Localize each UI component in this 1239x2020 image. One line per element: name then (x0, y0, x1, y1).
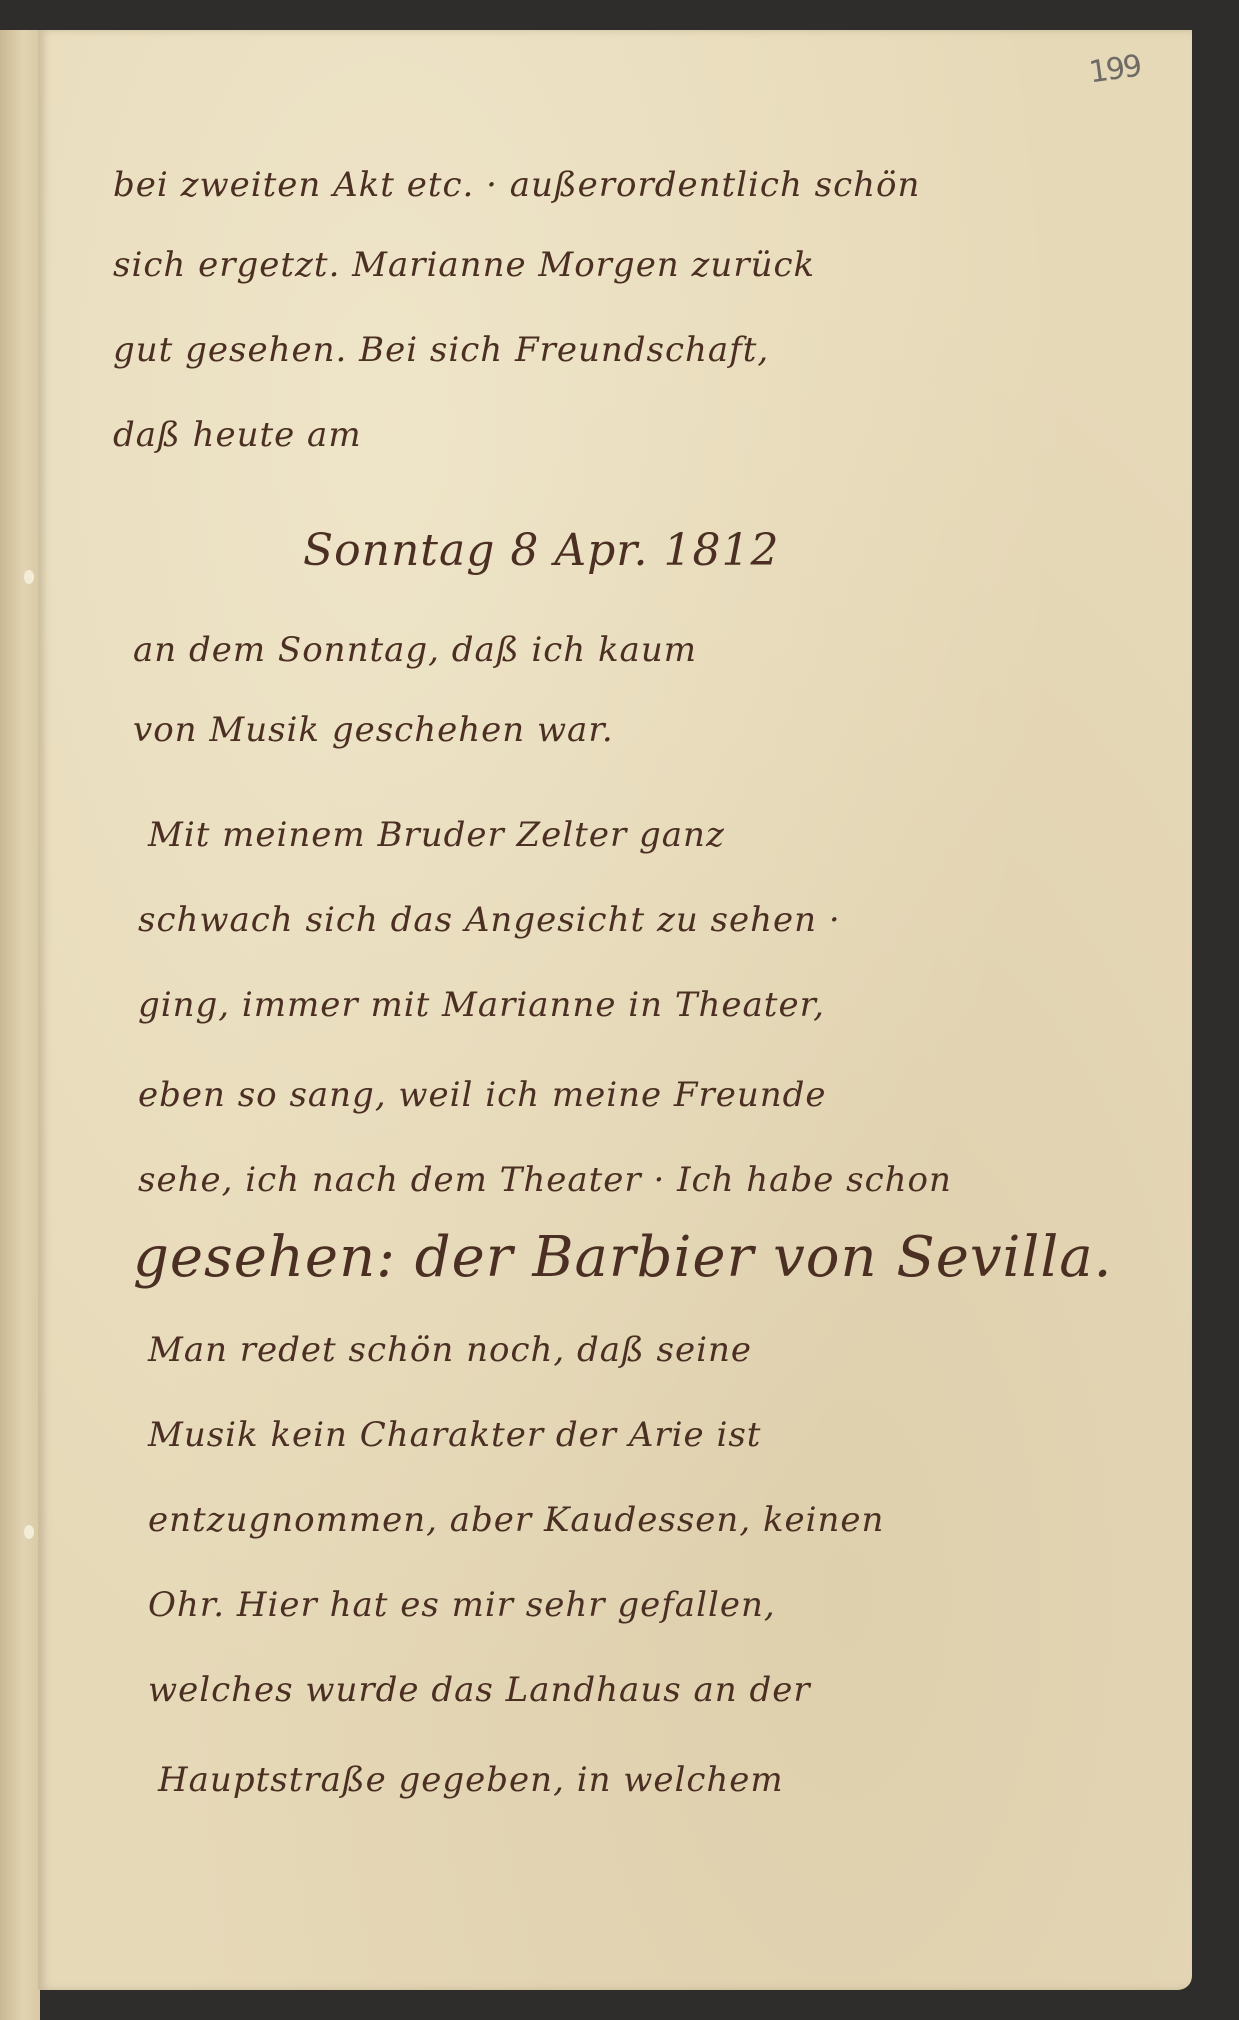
text-line: Musik kein Charakter der Arie ist (148, 1415, 761, 1455)
date-heading: Sonntag 8 Apr. 1812 (303, 525, 779, 576)
text-line: von Musik geschehen war. (133, 710, 614, 750)
text-line: an dem Sonntag, daß ich kaum (133, 630, 697, 670)
folio-number: 199 (1087, 49, 1143, 91)
text-line-title: gesehen: der Barbier von Sevilla. (133, 1225, 1112, 1290)
text-line: Man redet schön noch, daß seine (148, 1330, 752, 1370)
binding-hole (24, 1525, 34, 1539)
text-line: schwach sich das Angesicht zu sehen · (138, 900, 841, 940)
binding-hole (24, 570, 34, 584)
text-line: Ohr. Hier hat es mir sehr gefallen, (148, 1585, 776, 1625)
text-line: eben so sang, weil ich meine Freunde (138, 1075, 827, 1115)
manuscript-page: 199 bei zweiten Akt etc. · außerordentli… (38, 30, 1192, 1990)
text-line: gut gesehen. Bei sich Freundschaft, (113, 330, 769, 370)
text-line: Hauptstraße gegeben, in welchem (158, 1760, 784, 1800)
text-line: sehe, ich nach dem Theater · Ich habe sc… (138, 1160, 952, 1200)
facing-page-edge (0, 30, 40, 2020)
text-line: welches wurde das Landhaus an der (148, 1670, 811, 1710)
text-line: ging, immer mit Marianne in Theater, (138, 985, 825, 1025)
text-line: bei zweiten Akt etc. · außerordentlich s… (113, 165, 920, 205)
text-line: Mit meinem Bruder Zelter ganz (148, 815, 725, 855)
text-line: sich ergetzt. Marianne Morgen zurück (113, 245, 815, 285)
text-line: entzugnommen, aber Kaudessen, keinen (148, 1500, 884, 1540)
text-line: daß heute am (113, 415, 362, 455)
